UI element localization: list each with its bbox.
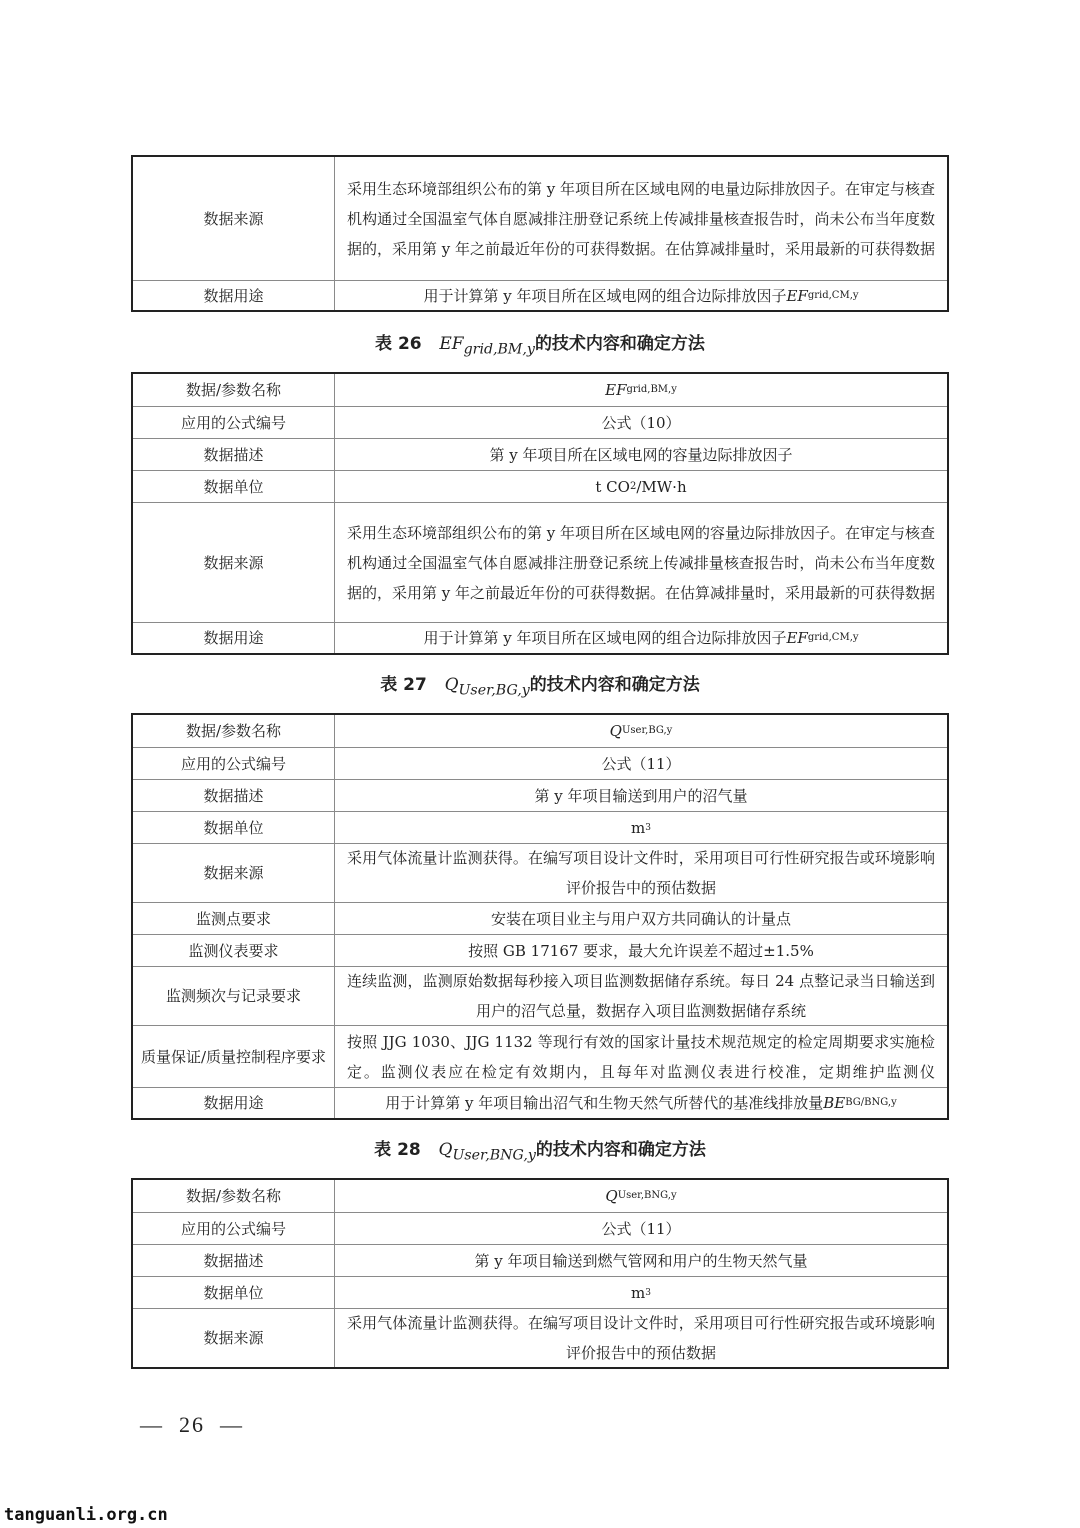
row-value: 用于计算第 y 年项目输出沼气和生物天然气所替代的基准线排放量BEBG/BNG,… (335, 1088, 947, 1118)
row-label: 数据单位 (133, 1277, 335, 1308)
row-label: 应用的公式编号 (133, 407, 335, 438)
row-label: 监测仪表要求 (133, 935, 335, 966)
row-value: 用于计算第 y 年项目所在区域电网的组合边际排放因子EFgrid,CM,y (335, 281, 947, 310)
row-value: 按照 JJG 1030、JJG 1132 等现行有效的国家计量技术规范规定的检定… (335, 1026, 947, 1087)
table-row: 数据单位 m3 (133, 811, 947, 843)
row-value: m3 (335, 812, 947, 843)
row-value: 连续监测，监测原始数据每秒接入项目监测数据储存系统。每日 24 点整记录当日输送… (335, 967, 947, 1025)
row-label: 监测点要求 (133, 903, 335, 934)
row-value: t CO2/MW·h (335, 471, 947, 502)
row-value: EFgrid,BM,y (335, 374, 947, 406)
row-label: 数据/参数名称 (133, 1180, 335, 1212)
table-27: 数据/参数名称 QUser,BG,y 应用的公式编号 公式（11） 数据描述 第… (131, 713, 949, 1120)
table-27-caption: 表 27 QUser,BG,y的技术内容和确定方法 (0, 670, 1080, 698)
watermark: tanguanli.org.cn (4, 1505, 168, 1525)
row-value: 安装在项目业主与用户双方共同确认的计量点 (335, 903, 947, 934)
row-label: 数据描述 (133, 780, 335, 811)
row-value: 公式（10） (335, 407, 947, 438)
table-row: 监测仪表要求 按照 GB 17167 要求，最大允许误差不超过±1.5% (133, 934, 947, 966)
row-label: 数据用途 (133, 281, 335, 310)
row-value: 按照 GB 17167 要求，最大允许误差不超过±1.5% (335, 935, 947, 966)
row-value: 用于计算第 y 年项目所在区域电网的组合边际排放因子EFgrid,CM,y (335, 623, 947, 653)
row-value: 公式（11） (335, 1213, 947, 1244)
table-row: 数据/参数名称 QUser,BNG,y (133, 1180, 947, 1212)
table-26: 数据/参数名称 EFgrid,BM,y 应用的公式编号 公式（10） 数据描述 … (131, 372, 949, 655)
row-value: QUser,BG,y (335, 715, 947, 747)
table-row: 数据来源 采用生态环境部组织公布的第 y 年项目所在区域电网的电量边际排放因子。… (133, 157, 947, 280)
row-label: 数据/参数名称 (133, 715, 335, 747)
table-row: 数据描述 第 y 年项目输送到燃气管网和用户的生物天然气量 (133, 1244, 947, 1276)
row-label: 数据用途 (133, 623, 335, 653)
table-row: 数据描述 第 y 年项目所在区域电网的容量边际排放因子 (133, 438, 947, 470)
table-row: 数据单位 t CO2/MW·h (133, 470, 947, 502)
table-row: 质量保证/质量控制程序要求 按照 JJG 1030、JJG 1132 等现行有效… (133, 1025, 947, 1087)
row-label: 数据来源 (133, 503, 335, 622)
row-label: 监测频次与记录要求 (133, 967, 335, 1025)
row-label: 数据来源 (133, 844, 335, 902)
row-value: 采用生态环境部组织公布的第 y 年项目所在区域电网的容量边际排放因子。在审定与核… (335, 503, 947, 622)
table-row: 数据/参数名称 EFgrid,BM,y (133, 374, 947, 406)
row-label: 数据描述 (133, 439, 335, 470)
table-row: 监测频次与记录要求 连续监测，监测原始数据每秒接入项目监测数据储存系统。每日 2… (133, 966, 947, 1025)
table-row: 数据来源 采用生态环境部组织公布的第 y 年项目所在区域电网的容量边际排放因子。… (133, 502, 947, 622)
table-row: 数据单位 m3 (133, 1276, 947, 1308)
table-row: 数据用途 用于计算第 y 年项目所在区域电网的组合边际排放因子EFgrid,CM… (133, 280, 947, 310)
row-value: 采用气体流量计监测获得。在编写项目设计文件时，采用项目可行性研究报告或环境影响评… (335, 1309, 947, 1367)
row-value: QUser,BNG,y (335, 1180, 947, 1212)
table-row: 数据来源 采用气体流量计监测获得。在编写项目设计文件时，采用项目可行性研究报告或… (133, 843, 947, 902)
row-value: 第 y 年项目输送到用户的沼气量 (335, 780, 947, 811)
table-row: 数据用途 用于计算第 y 年项目输出沼气和生物天然气所替代的基准线排放量BEBG… (133, 1087, 947, 1118)
row-value: 第 y 年项目所在区域电网的容量边际排放因子 (335, 439, 947, 470)
table-28: 数据/参数名称 QUser,BNG,y 应用的公式编号 公式（11） 数据描述 … (131, 1178, 949, 1369)
row-label: 数据来源 (133, 157, 335, 280)
page-number: — 26 — (140, 1412, 244, 1438)
row-label: 数据单位 (133, 471, 335, 502)
row-value: 采用气体流量计监测获得。在编写项目设计文件时，采用项目可行性研究报告或环境影响评… (335, 844, 947, 902)
table-row: 监测点要求 安装在项目业主与用户双方共同确认的计量点 (133, 902, 947, 934)
row-label: 应用的公式编号 (133, 748, 335, 779)
table-28-caption: 表 28 QUser,BNG,y的技术内容和确定方法 (0, 1135, 1080, 1163)
table-26-caption: 表 26 EFgrid,BM,y的技术内容和确定方法 (0, 329, 1080, 357)
row-label: 质量保证/质量控制程序要求 (133, 1026, 335, 1087)
row-value: m3 (335, 1277, 947, 1308)
row-label: 数据/参数名称 (133, 374, 335, 406)
row-value: 第 y 年项目输送到燃气管网和用户的生物天然气量 (335, 1245, 947, 1276)
table-row: 数据用途 用于计算第 y 年项目所在区域电网的组合边际排放因子EFgrid,CM… (133, 622, 947, 653)
table-row: 应用的公式编号 公式（11） (133, 747, 947, 779)
row-label: 应用的公式编号 (133, 1213, 335, 1244)
table-continued: 数据来源 采用生态环境部组织公布的第 y 年项目所在区域电网的电量边际排放因子。… (131, 155, 949, 312)
row-label: 数据用途 (133, 1088, 335, 1118)
row-value: 采用生态环境部组织公布的第 y 年项目所在区域电网的电量边际排放因子。在审定与核… (335, 157, 947, 280)
row-value: 公式（11） (335, 748, 947, 779)
table-row: 应用的公式编号 公式（11） (133, 1212, 947, 1244)
row-label: 数据单位 (133, 812, 335, 843)
row-label: 数据来源 (133, 1309, 335, 1367)
table-row: 应用的公式编号 公式（10） (133, 406, 947, 438)
table-row: 数据来源 采用气体流量计监测获得。在编写项目设计文件时，采用项目可行性研究报告或… (133, 1308, 947, 1367)
row-label: 数据描述 (133, 1245, 335, 1276)
table-row: 数据描述 第 y 年项目输送到用户的沼气量 (133, 779, 947, 811)
table-row: 数据/参数名称 QUser,BG,y (133, 715, 947, 747)
